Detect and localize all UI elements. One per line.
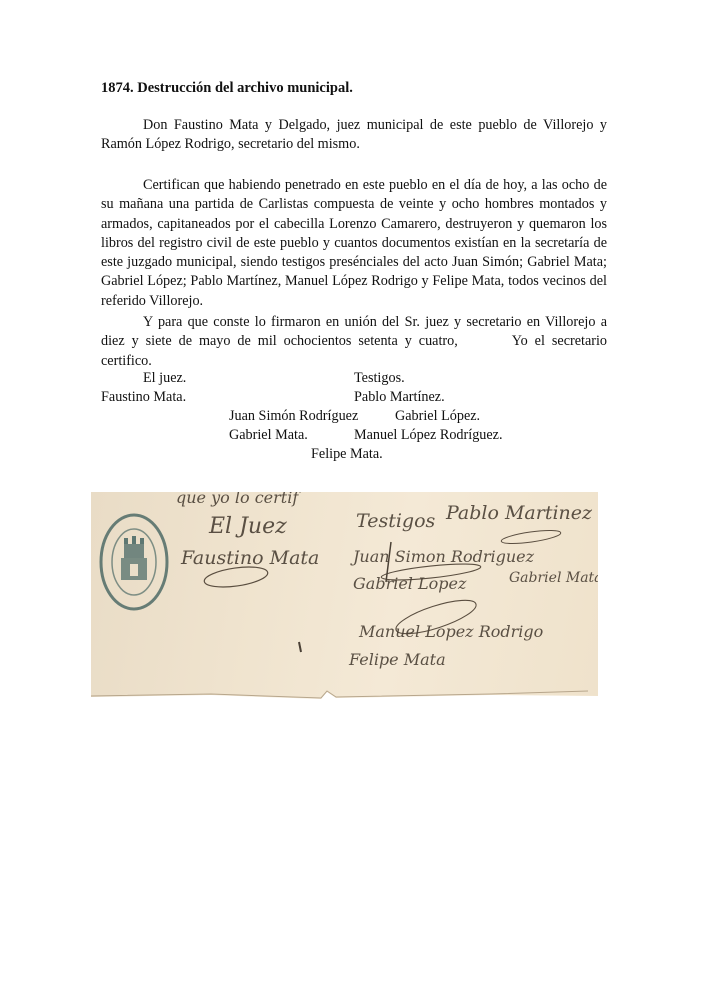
document-title: 1874. Destrucción del archivo municipal. — [101, 80, 353, 97]
handwriting-witnesses-label: Testigos — [356, 510, 435, 532]
witness-name: Juan Simón Rodríguez — [229, 408, 358, 425]
handwriting-witness: Gabriel Lopez — [353, 574, 466, 593]
judge-label: El juez. — [143, 370, 186, 387]
handwriting-witness: Pablo Martinez — [446, 502, 592, 524]
document-page: 1874. Destrucción del archivo municipal.… — [0, 0, 707, 1000]
paragraph-closing: Y para que conste lo firmaron en unión d… — [101, 313, 607, 371]
witness-name: Felipe Mata. — [311, 446, 383, 463]
paragraph-intro: Don Faustino Mata y Delgado, juez munici… — [101, 116, 607, 155]
handwriting-judge-name: Faustino Mata — [181, 547, 319, 569]
manuscript-photo: que yo lo certif El Juez Faustino Mata T… — [91, 492, 598, 703]
witness-name: Gabriel López. — [395, 408, 480, 425]
witness-name: Pablo Martínez. — [354, 389, 445, 406]
witness-name: Gabriel Mata. — [229, 427, 308, 444]
handwriting-fragment: que yo lo certif — [176, 492, 298, 507]
handwriting-witness: Gabriel Mata — [509, 570, 598, 586]
witness-name: Manuel López Rodríguez. — [354, 427, 503, 444]
handwriting-judge-label: El Juez — [209, 514, 287, 539]
paragraph-certification: Certifican que habiendo penetrado en est… — [101, 176, 607, 311]
handwriting-witness: Manuel Lopez Rodrigo — [359, 622, 543, 641]
judge-name: Faustino Mata. — [101, 389, 186, 406]
witnesses-label: Testigos. — [354, 370, 405, 387]
handwriting-witness: Juan Simon Rodriguez — [353, 547, 534, 566]
handwriting-witness: Felipe Mata — [349, 650, 446, 669]
